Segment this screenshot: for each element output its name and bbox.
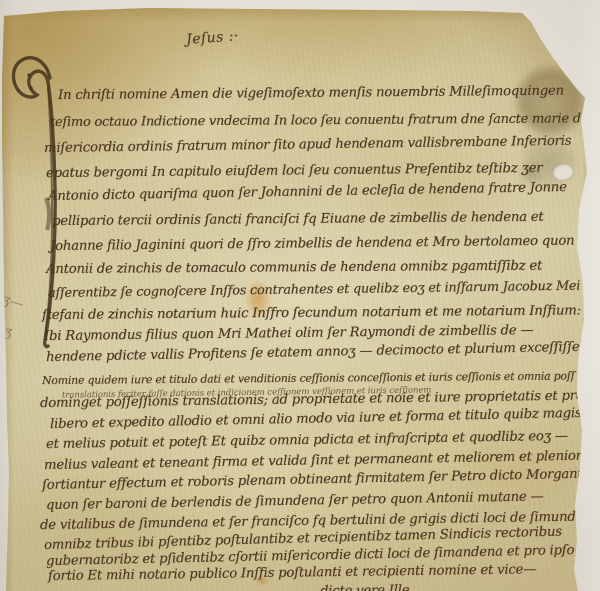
- text-line: quon ſer baroni de berlendis de ſimunden…: [46, 489, 544, 513]
- text-line: teſimo octauo Indictione vndecima In loc…: [50, 111, 588, 130]
- text-line: In chriſti nomine Amen die vigeſimoſexto…: [58, 84, 564, 103]
- text-line: Johanne filio Jaginini quori de ſſro zim…: [50, 234, 574, 254]
- text-line: ſtefani de zinchis notarium huic Inſfro …: [42, 303, 581, 323]
- parchment: Jeſus :· ʒ— ʒ In chriſti nomine Amen die…: [0, 0, 600, 591]
- text-line: aſſerentibz ſe cognoſcere Inſfos contrah…: [48, 279, 580, 301]
- text-line: Ibi Raymondus filius quon Mri Mathei oli…: [44, 323, 534, 344]
- text-line: pellipario tercii ordinis ſancti franciſ…: [52, 210, 544, 229]
- manuscript-photo: Jeſus :· ʒ— ʒ In chriſti nomine Amen die…: [0, 0, 600, 591]
- text-line: dicte vere Ille: [320, 583, 410, 591]
- text-line: Antonii de zinchis de tomaculo communis …: [46, 259, 542, 277]
- text-line: Antonio dicto quariſma quon ſer Johannin…: [48, 180, 567, 204]
- text-line: epatus bergomi In capitulo eiuſdem loci …: [46, 161, 543, 181]
- text-line: miſericordia ordinis fratrum minor ſito …: [44, 134, 571, 156]
- manuscript-text-block: In chriſti nomine Amen die vigeſimoſexto…: [0, 0, 600, 591]
- text-line: Nomine quidem iure et titulo dati et ven…: [42, 368, 588, 388]
- text-line: et melius potuit et poteſt Et quibz omni…: [46, 429, 568, 452]
- text-line: libero et expedito allodio et omni alio …: [50, 406, 582, 432]
- text-line: hendene pdicte vallis Profitens ſe etate…: [46, 339, 597, 365]
